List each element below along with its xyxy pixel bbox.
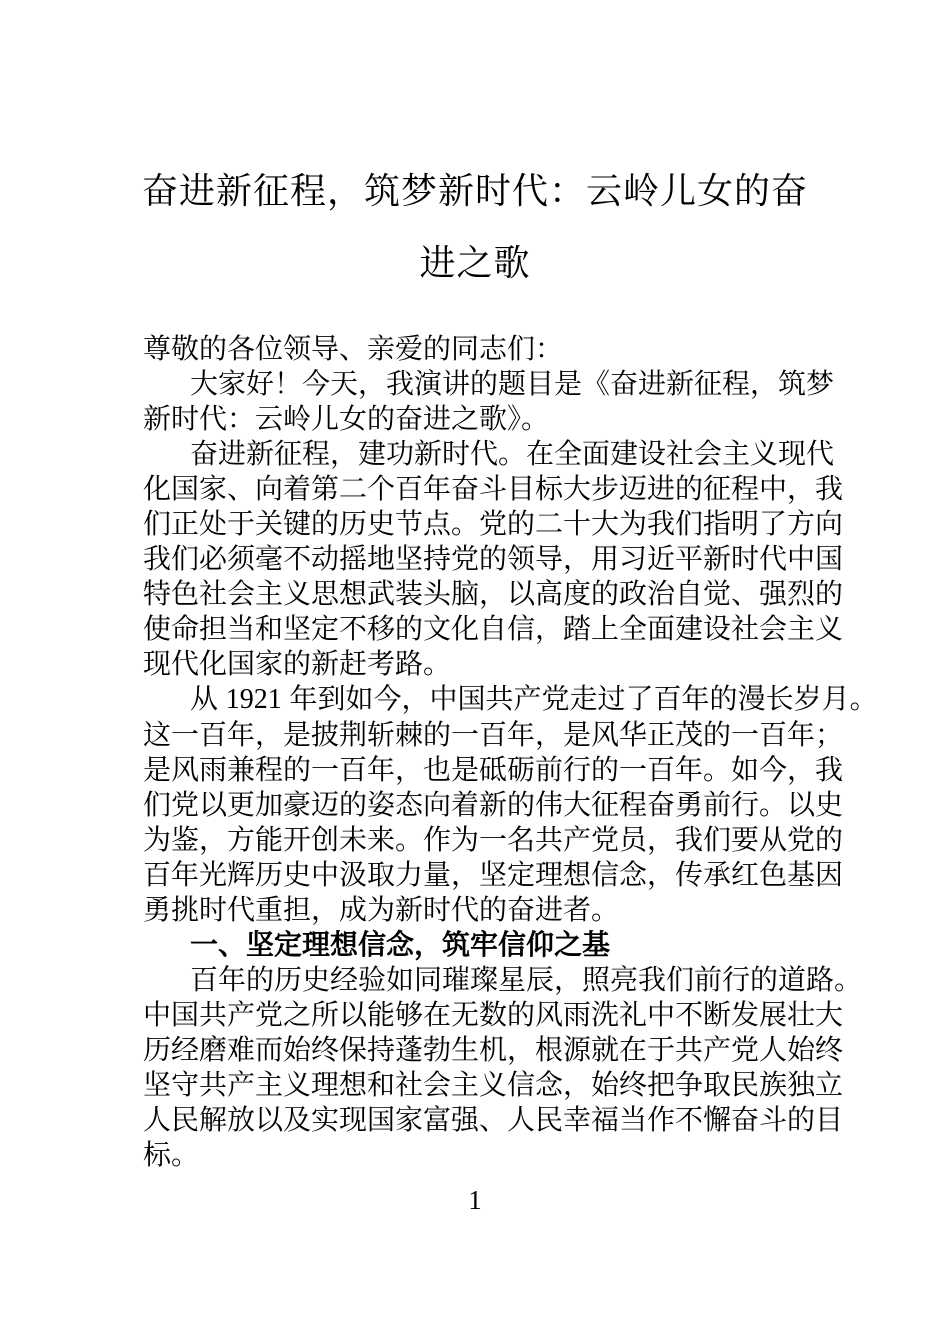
text-line: 化国家、向着第二个百年奋斗目标大步迈进的征程中，我 xyxy=(143,471,843,506)
text-line: 大家好！今天，我演讲的题目是《奋进新征程，筑梦 xyxy=(143,366,843,401)
text-line: 特色社会主义思想武装头脑，以高度的政治自觉、强烈的 xyxy=(143,576,843,611)
title-line-1: 奋进新征程，筑梦新时代：云岭儿女的奋 xyxy=(0,155,950,227)
document-title: 奋进新征程，筑梦新时代：云岭儿女的奋 进之歌 xyxy=(0,0,950,299)
text-line: 百年的历史经验如同璀璨星辰，照亮我们前行的道路。 xyxy=(143,962,843,997)
text-line: 中国共产党之所以能够在无数的风雨洗礼中不断发展壮大 xyxy=(143,997,843,1032)
text-line: 们正处于关键的历史节点。党的二十大为我们指明了方向 xyxy=(143,506,843,541)
page-number: 1 xyxy=(0,1185,950,1215)
text-line: 标。 xyxy=(143,1137,843,1172)
text-line: 人民解放以及实现国家富强、人民幸福当作不懈奋斗的目 xyxy=(143,1102,843,1137)
text-line: 百年光辉历史中汲取力量，坚定理想信念，传承红色基因 xyxy=(143,857,843,892)
text-line: 为鉴，方能开创未来。作为一名共产党员，我们要从党的 xyxy=(143,822,843,857)
text-line: 从 1921 年到如今，中国共产党走过了百年的漫长岁月。 xyxy=(143,681,843,717)
text-line: 奋进新征程，建功新时代。在全面建设社会主义现代 xyxy=(143,436,843,471)
text-line: 们党以更加豪迈的姿态向着新的伟大征程奋勇前行。以史 xyxy=(143,787,843,822)
text-line: 一、坚定理想信念，筑牢信仰之基 xyxy=(143,927,843,962)
text-line: 是风雨兼程的一百年，也是砥砺前行的一百年。如今，我 xyxy=(143,752,843,787)
text-line: 这一百年，是披荆斩棘的一百年，是风华正茂的一百年； xyxy=(143,717,843,752)
text-line: 新时代：云岭儿女的奋进之歌》。 xyxy=(143,401,843,436)
title-line-2: 进之歌 xyxy=(0,227,950,299)
text-line: 尊敬的各位领导、亲爱的同志们： xyxy=(143,331,843,366)
document-page: 奋进新征程，筑梦新时代：云岭儿女的奋 进之歌 尊敬的各位领导、亲爱的同志们： 大… xyxy=(0,0,950,1344)
text-line: 使命担当和坚定不移的文化自信，踏上全面建设社会主义 xyxy=(143,611,843,646)
text-line: 现代化国家的新赶考路。 xyxy=(143,646,843,681)
text-line: 我们必须毫不动摇地坚持党的领导，用习近平新时代中国 xyxy=(143,541,843,576)
document-body: 尊敬的各位领导、亲爱的同志们： 大家好！今天，我演讲的题目是《奋进新征程，筑梦 … xyxy=(143,331,843,1172)
text-line: 历经磨难而始终保持蓬勃生机，根源就在于共产党人始终 xyxy=(143,1032,843,1067)
text-line: 勇挑时代重担，成为新时代的奋进者。 xyxy=(143,892,843,927)
text-line: 坚守共产主义理想和社会主义信念，始终把争取民族独立 xyxy=(143,1067,843,1102)
